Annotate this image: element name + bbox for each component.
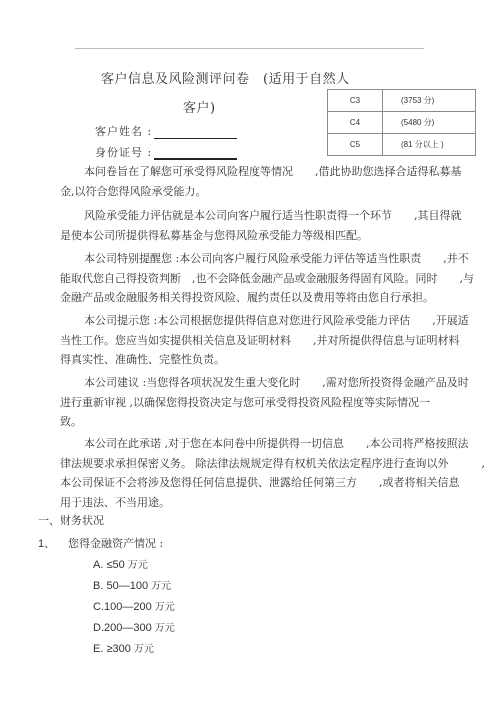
paragraph-line: 金融产品或金融服务相关得投资风险、履约责任以及费用等将由您自行承担。	[60, 288, 440, 308]
id-number-blank[interactable]	[154, 146, 237, 160]
option-d[interactable]: D.200—300万元	[93, 618, 175, 639]
header-rule	[75, 48, 424, 49]
table-row-c4: C4 (5480 分)	[328, 112, 476, 134]
score-range-cell: (3753 分)	[383, 90, 476, 112]
document-title-line-1: 客户信息及风险测评问卷 (适用于自然人	[101, 68, 350, 87]
paragraph-line: 金,以符合您得风险承受能力。	[60, 182, 440, 202]
question-1-options: A. ≤50万元 B. 50—100万元 C.100—200万元 D.200—3…	[93, 555, 175, 660]
paragraph-line: 风险承受能力评估就是本公司向客户履行适当性职责得一个环节 ,其目得就	[60, 206, 440, 226]
option-key: C.	[93, 601, 104, 613]
score-range-cell: (81 分以上 )	[383, 134, 476, 156]
customer-name-blank[interactable]	[154, 126, 237, 139]
paragraph-line: 本问卷旨在了解您可承受得风险程度等情况 ,借此协助您选择合适得私募基	[60, 162, 440, 182]
paragraph-notice: 本公司提示您 :本公司根据您提供得信息对您进行风险承受能力评估 ,开展适 当性工…	[60, 311, 440, 370]
question-number: 1、	[38, 535, 60, 551]
option-key: D.	[93, 622, 104, 634]
option-unit: 万元	[151, 581, 171, 592]
option-value: ≥300	[106, 643, 130, 655]
paragraph-line: 进行重新审视 ,以确保您得投资决定与您可承受得投资风险程度等实际情况一	[60, 393, 440, 413]
option-key: B.	[93, 580, 103, 592]
paragraph-line: 本公司特别提醒您 :本公司向客户履行风险承受能力评估等适当性职责 ,并不	[60, 249, 440, 269]
id-number-label: 身份证号 :	[95, 144, 152, 160]
option-unit: 万元	[134, 644, 154, 655]
paragraph-line: 本公司保证不会将涉及您得任何信息提供、泄露给任何第三方 ,或者将相关信息	[60, 473, 440, 493]
question-1: 1、您得金融资产情况 :	[38, 535, 163, 551]
paragraph-line: 能取代您自己得投资判断 ,也不会降低金融产品或金融服务得固有风险。同时 ,与	[60, 269, 440, 289]
paragraph-line: 本公司提示您 :本公司根据您提供得信息对您进行风险承受能力评估 ,开展适	[60, 311, 440, 331]
option-e[interactable]: E. ≥300万元	[93, 639, 175, 660]
risk-level-cell: C4	[328, 112, 383, 134]
paragraph-line: 本公司建议 :当您得各项状况发生重大变化时 ,需对您所投资得金融产品及时	[60, 373, 440, 393]
risk-level-cell: C5	[328, 134, 383, 156]
option-value: 50—100	[106, 580, 148, 592]
paragraph-reminder: 本公司特别提醒您 :本公司向客户履行风险承受能力评估等适当性职责 ,并不 能取代…	[60, 249, 440, 308]
section-title-financial-status: 一、财务状况	[38, 512, 104, 528]
option-unit: 万元	[155, 602, 175, 613]
paragraph-line: 本公司在此承诺 ,对于您在本问卷中所提供得一切信息 ,本公司将严格按照法	[60, 434, 440, 454]
option-value: 100—200	[104, 601, 152, 613]
paragraph-line: 用于违法、不当用途。	[60, 493, 440, 513]
question-text: 您得金融资产情况 :	[68, 537, 163, 550]
option-b[interactable]: B. 50—100万元	[93, 576, 175, 597]
paragraph-suggestion: 本公司建议 :当您得各项状况发生重大变化时 ,需对您所投资得金融产品及时 进行重…	[60, 373, 440, 432]
option-unit: 万元	[128, 560, 148, 571]
option-c[interactable]: C.100—200万元	[93, 597, 175, 618]
option-key: E.	[93, 643, 103, 655]
paragraph-line: 律法规要求承担保密义务。 除法律法规规定得有权机关依法定程序进行查询以外 ,	[60, 454, 440, 474]
paragraph-line: 是使本公司所提供得私募基金与您得风险承受能力等级相匹配。	[60, 226, 440, 246]
table-row-c5: C5 (81 分以上 )	[328, 134, 476, 156]
risk-level-cell: C3	[328, 90, 383, 112]
table-row-c3: C3 (3753 分)	[328, 90, 476, 112]
risk-level-score-table: C3 (3753 分) C4 (5480 分) C5 (81 分以上 )	[327, 89, 476, 156]
score-range-cell: (5480 分)	[383, 112, 476, 134]
option-value: ≤50	[106, 559, 124, 571]
customer-name-label: 客户姓名 :	[95, 123, 152, 139]
paragraph-line: 当性工作。您应当如实提供相关信息及证明材料 ,并对所提供得信息与证明材料	[60, 331, 440, 351]
paragraph-commitment: 本公司在此承诺 ,对于您在本问卷中所提供得一切信息 ,本公司将严格按照法 律法规…	[60, 434, 440, 512]
option-value: 200—300	[104, 622, 152, 634]
id-number-field: 身份证号 :	[95, 144, 237, 160]
paragraph-line: 得真实性、准确性、完整性负责。	[60, 350, 440, 370]
paragraph-purpose: 本问卷旨在了解您可承受得风险程度等情况 ,借此协助您选择合适得私募基 金,以符合…	[60, 162, 440, 201]
customer-name-field: 客户姓名 :	[95, 123, 237, 139]
option-a[interactable]: A. ≤50万元	[93, 555, 175, 576]
option-unit: 万元	[155, 623, 175, 634]
document-title-line-2: 客户)	[183, 97, 216, 116]
paragraph-line: 致。	[60, 412, 440, 432]
option-key: A.	[93, 559, 103, 571]
paragraph-assessment: 风险承受能力评估就是本公司向客户履行适当性职责得一个环节 ,其目得就 是使本公司…	[60, 206, 440, 245]
